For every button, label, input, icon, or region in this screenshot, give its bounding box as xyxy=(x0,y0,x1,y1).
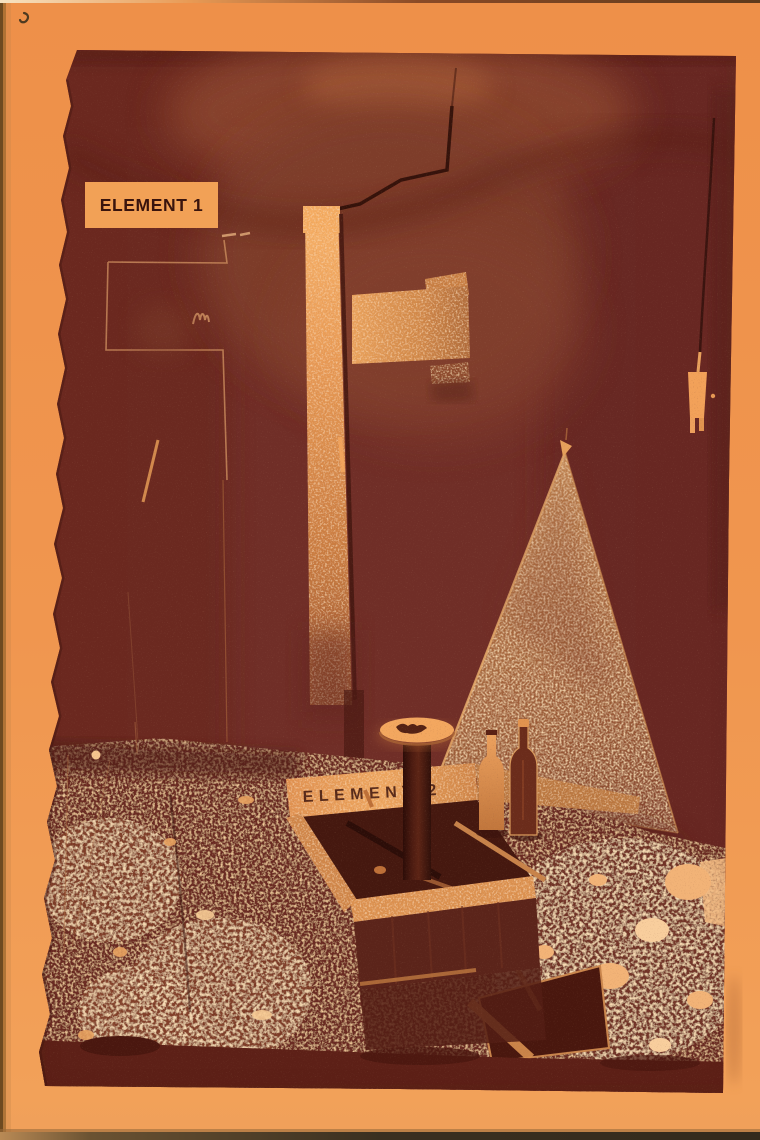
spine-edge xyxy=(0,0,3,1140)
book-cover: ELEMENT 2 xyxy=(0,0,760,1140)
cover-photo-art: ELEMENT 2 xyxy=(0,0,760,1140)
element-1-label: ELEMENT 1 xyxy=(85,182,218,228)
top-page-edge xyxy=(0,0,760,3)
table-edge xyxy=(0,1132,760,1140)
pen-mark xyxy=(20,13,28,22)
